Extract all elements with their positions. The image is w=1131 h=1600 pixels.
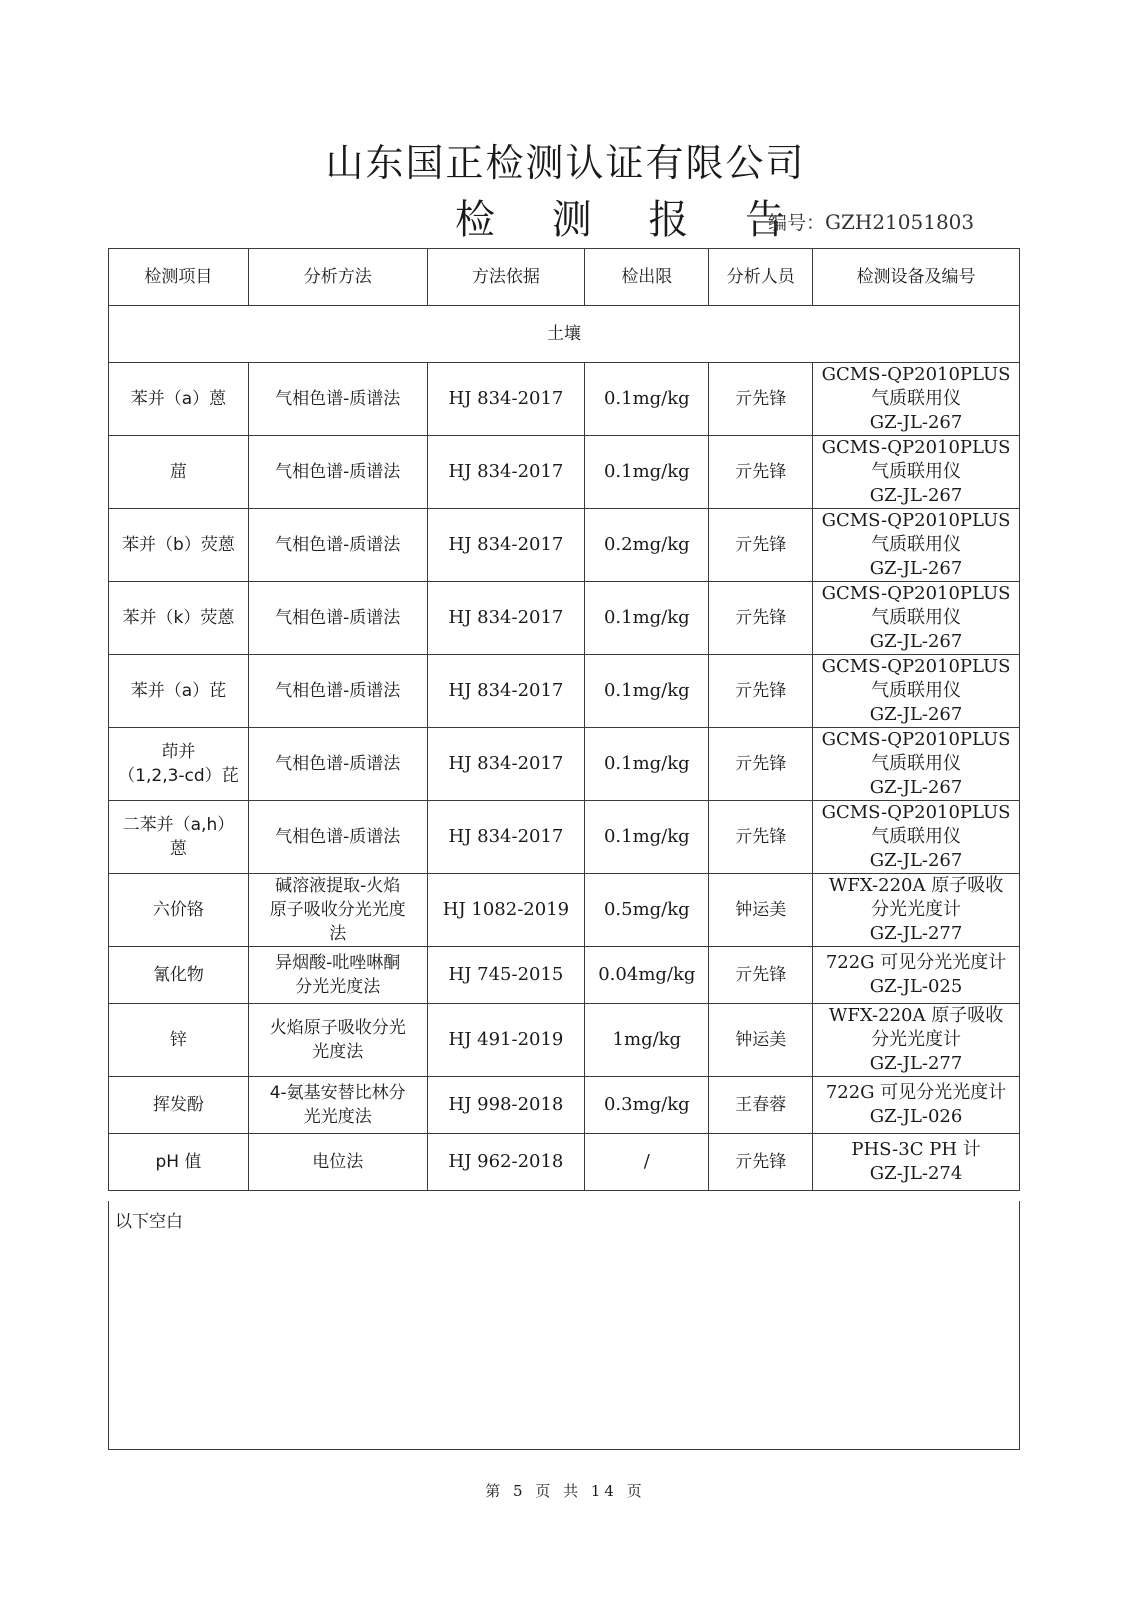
cell-equipment-line: 气质联用仪: [817, 533, 1015, 557]
cell-item: 苯并（a）芘: [109, 655, 249, 728]
cell-limit: 0.1mg/kg: [585, 363, 709, 436]
cell-equipment: GCMS-QP2010PLUS气质联用仪GZ-JL-267: [813, 728, 1020, 801]
cell-equipment: GCMS-QP2010PLUS气质联用仪GZ-JL-267: [813, 509, 1020, 582]
cell-item-line: 二苯并（a,h）: [113, 813, 244, 837]
cell-limit: 0.04mg/kg: [585, 947, 709, 1004]
cell-item: 䓛: [109, 436, 249, 509]
cell-limit: 1mg/kg: [585, 1004, 709, 1077]
section-row: 土壤: [109, 306, 1020, 363]
cell-basis: HJ 834-2017: [427, 728, 585, 801]
cell-method: 4-氨基安替比林分光光度法: [248, 1077, 427, 1134]
cell-equipment-line: GCMS-QP2010PLUS: [817, 728, 1015, 752]
cell-analyst: 钟运美: [709, 874, 813, 947]
cell-limit: /: [585, 1134, 709, 1191]
page-number: 第 5 页 共 14 页: [0, 1480, 1131, 1501]
cell-analyst: 亓先锋: [709, 509, 813, 582]
cell-equipment: WFX-220A 原子吸收分光光度计GZ-JL-277: [813, 1004, 1020, 1077]
cell-method: 电位法: [248, 1134, 427, 1191]
cell-item: 苯并（a）蒽: [109, 363, 249, 436]
cell-equipment: 722G 可见分光光度计GZ-JL-026: [813, 1077, 1020, 1134]
cell-equipment-line: GZ-JL-267: [817, 411, 1015, 435]
cell-basis: HJ 962-2018: [427, 1134, 585, 1191]
cell-method-line: 气相色谱-质谱法: [253, 825, 423, 849]
table-row: 挥发酚4-氨基安替比林分光光度法HJ 998-20180.3mg/kg王春蓉72…: [109, 1077, 1020, 1134]
table-row: pH 值电位法HJ 962-2018/亓先锋PHS-3C PH 计GZ-JL-2…: [109, 1134, 1020, 1191]
cell-equipment-line: GCMS-QP2010PLUS: [817, 582, 1015, 606]
cell-method-line: 气相色谱-质谱法: [253, 679, 423, 703]
cell-method: 气相色谱-质谱法: [248, 436, 427, 509]
cell-equipment-line: GZ-JL-277: [817, 922, 1015, 946]
cell-basis: HJ 998-2018: [427, 1077, 585, 1134]
cell-method-line: 光光度法: [253, 1105, 423, 1129]
cell-item-line: 苯并（a）蒽: [113, 387, 244, 411]
blank-note: 以下空白: [115, 1207, 183, 1232]
table-row: 六价铬碱溶液提取-火焰原子吸收分光光度法HJ 1082-20190.5mg/kg…: [109, 874, 1020, 947]
blank-area: 以下空白: [108, 1201, 1020, 1450]
cell-method-line: 气相色谱-质谱法: [253, 752, 423, 776]
cell-method-line: 光度法: [253, 1040, 423, 1064]
cell-basis: HJ 834-2017: [427, 655, 585, 728]
cell-analyst: 亓先锋: [709, 1134, 813, 1191]
cell-equipment-line: GCMS-QP2010PLUS: [817, 436, 1015, 460]
section-label: 土壤: [109, 306, 1020, 363]
cell-equipment-line: WFX-220A 原子吸收: [817, 874, 1015, 898]
table-row: 䓛气相色谱-质谱法HJ 834-20170.1mg/kg亓先锋GCMS-QP20…: [109, 436, 1020, 509]
cell-method-line: 法: [253, 922, 423, 946]
table-row: 苯并（a）蒽气相色谱-质谱法HJ 834-20170.1mg/kg亓先锋GCMS…: [109, 363, 1020, 436]
table-header-row: 检测项目 分析方法 方法依据 检出限 分析人员 检测设备及编号: [109, 249, 1020, 306]
report-title: 检 测 报 告: [455, 188, 807, 245]
cell-equipment-line: GCMS-QP2010PLUS: [817, 655, 1015, 679]
cell-equipment-line: 722G 可见分光光度计: [817, 1081, 1015, 1105]
cell-analyst: 王春蓉: [709, 1077, 813, 1134]
cell-analyst: 亓先锋: [709, 363, 813, 436]
cell-equipment-line: 气质联用仪: [817, 460, 1015, 484]
cell-equipment: 722G 可见分光光度计GZ-JL-025: [813, 947, 1020, 1004]
cell-method-line: 气相色谱-质谱法: [253, 606, 423, 630]
cell-equipment-line: 气质联用仪: [817, 606, 1015, 630]
cell-basis: HJ 834-2017: [427, 801, 585, 874]
cell-method-line: 火焰原子吸收分光: [253, 1016, 423, 1040]
cell-basis: HJ 834-2017: [427, 363, 585, 436]
cell-limit: 0.2mg/kg: [585, 509, 709, 582]
cell-equipment-line: 气质联用仪: [817, 752, 1015, 776]
report-number-value: GZH21051803: [825, 210, 974, 234]
cell-equipment-line: GZ-JL-267: [817, 630, 1015, 654]
cell-equipment: WFX-220A 原子吸收分光光度计GZ-JL-277: [813, 874, 1020, 947]
cell-analyst: 亓先锋: [709, 582, 813, 655]
cell-equipment-line: GZ-JL-267: [817, 703, 1015, 727]
column-header: 检测项目: [109, 249, 249, 306]
cell-method-line: 气相色谱-质谱法: [253, 460, 423, 484]
cell-item-line: pH 值: [113, 1150, 244, 1174]
cell-item-line: 锌: [113, 1028, 244, 1052]
cell-item: 挥发酚: [109, 1077, 249, 1134]
table-row: 锌火焰原子吸收分光光度法HJ 491-20191mg/kg钟运美WFX-220A…: [109, 1004, 1020, 1077]
cell-limit: 0.3mg/kg: [585, 1077, 709, 1134]
cell-equipment-line: GZ-JL-277: [817, 1052, 1015, 1076]
cell-method: 气相色谱-质谱法: [248, 582, 427, 655]
table-row: 氰化物异烟酸-吡唑啉酮分光光度法HJ 745-20150.04mg/kg亓先锋7…: [109, 947, 1020, 1004]
cell-equipment-line: GZ-JL-267: [817, 484, 1015, 508]
cell-item: 苯并（b）荧蒽: [109, 509, 249, 582]
cell-method: 气相色谱-质谱法: [248, 655, 427, 728]
cell-basis: HJ 745-2015: [427, 947, 585, 1004]
cell-method-line: 气相色谱-质谱法: [253, 533, 423, 557]
column-header: 检出限: [585, 249, 709, 306]
cell-item-line: 苯并（a）芘: [113, 679, 244, 703]
cell-equipment-line: 分光光度计: [817, 1028, 1015, 1052]
cell-method: 气相色谱-质谱法: [248, 363, 427, 436]
cell-method: 气相色谱-质谱法: [248, 801, 427, 874]
cell-equipment: PHS-3C PH 计GZ-JL-274: [813, 1134, 1020, 1191]
cell-equipment-line: GCMS-QP2010PLUS: [817, 801, 1015, 825]
report-number: 编号：GZH21051803: [768, 208, 974, 235]
cell-method: 气相色谱-质谱法: [248, 509, 427, 582]
cell-equipment: GCMS-QP2010PLUS气质联用仪GZ-JL-267: [813, 801, 1020, 874]
cell-equipment-line: 气质联用仪: [817, 679, 1015, 703]
table-row: 二苯并（a,h）蒽气相色谱-质谱法HJ 834-20170.1mg/kg亓先锋G…: [109, 801, 1020, 874]
cell-equipment-line: GCMS-QP2010PLUS: [817, 363, 1015, 387]
report-number-label: 编号：: [768, 212, 825, 234]
cell-equipment-line: 气质联用仪: [817, 825, 1015, 849]
cell-equipment-line: PHS-3C PH 计: [817, 1138, 1015, 1162]
cell-limit: 0.1mg/kg: [585, 655, 709, 728]
cell-limit: 0.1mg/kg: [585, 582, 709, 655]
column-header: 分析方法: [248, 249, 427, 306]
cell-analyst: 钟运美: [709, 1004, 813, 1077]
cell-method: 异烟酸-吡唑啉酮分光光度法: [248, 947, 427, 1004]
cell-method-line: 4-氨基安替比林分: [253, 1081, 423, 1105]
cell-item-line: 苯并（k）荧蒽: [113, 606, 244, 630]
cell-analyst: 亓先锋: [709, 728, 813, 801]
cell-equipment-line: GZ-JL-267: [817, 776, 1015, 800]
cell-item-line: 六价铬: [113, 898, 244, 922]
cell-item: 锌: [109, 1004, 249, 1077]
cell-analyst: 亓先锋: [709, 436, 813, 509]
cell-method-line: 异烟酸-吡唑啉酮: [253, 951, 423, 975]
cell-method: 碱溶液提取-火焰原子吸收分光光度法: [248, 874, 427, 947]
test-method-table: 检测项目 分析方法 方法依据 检出限 分析人员 检测设备及编号 土壤 苯并（a）…: [108, 248, 1020, 1191]
cell-equipment: GCMS-QP2010PLUS气质联用仪GZ-JL-267: [813, 655, 1020, 728]
cell-method-line: 电位法: [253, 1150, 423, 1174]
cell-limit: 0.1mg/kg: [585, 728, 709, 801]
cell-analyst: 亓先锋: [709, 947, 813, 1004]
cell-equipment-line: GCMS-QP2010PLUS: [817, 509, 1015, 533]
cell-equipment: GCMS-QP2010PLUS气质联用仪GZ-JL-267: [813, 436, 1020, 509]
table-row: 苯并（b）荧蒽气相色谱-质谱法HJ 834-20170.2mg/kg亓先锋GCM…: [109, 509, 1020, 582]
cell-method: 气相色谱-质谱法: [248, 728, 427, 801]
cell-item: 二苯并（a,h）蒽: [109, 801, 249, 874]
cell-item: 苯并（k）荧蒽: [109, 582, 249, 655]
cell-limit: 0.1mg/kg: [585, 436, 709, 509]
cell-equipment-line: WFX-220A 原子吸收: [817, 1004, 1015, 1028]
cell-basis: HJ 491-2019: [427, 1004, 585, 1077]
cell-equipment-line: GZ-JL-274: [817, 1162, 1015, 1186]
table-row: 茚并（1,2,3-cd）芘气相色谱-质谱法HJ 834-20170.1mg/kg…: [109, 728, 1020, 801]
cell-method-line: 碱溶液提取-火焰: [253, 874, 423, 898]
cell-item-line: （1,2,3-cd）芘: [113, 764, 244, 788]
cell-item-line: 苯并（b）荧蒽: [113, 533, 244, 557]
column-header: 方法依据: [427, 249, 585, 306]
cell-item-line: 蒽: [113, 837, 244, 861]
cell-method: 火焰原子吸收分光光度法: [248, 1004, 427, 1077]
table-row: 苯并（k）荧蒽气相色谱-质谱法HJ 834-20170.1mg/kg亓先锋GCM…: [109, 582, 1020, 655]
cell-equipment-line: 气质联用仪: [817, 387, 1015, 411]
cell-equipment-line: GZ-JL-025: [817, 975, 1015, 999]
cell-analyst: 亓先锋: [709, 655, 813, 728]
table-row: 苯并（a）芘气相色谱-质谱法HJ 834-20170.1mg/kg亓先锋GCMS…: [109, 655, 1020, 728]
cell-method-line: 分光光度法: [253, 975, 423, 999]
cell-limit: 0.1mg/kg: [585, 801, 709, 874]
column-header: 分析人员: [709, 249, 813, 306]
cell-item: 茚并（1,2,3-cd）芘: [109, 728, 249, 801]
cell-item-line: 䓛: [113, 460, 244, 484]
cell-item-line: 氰化物: [113, 963, 244, 987]
cell-item-line: 挥发酚: [113, 1093, 244, 1117]
cell-equipment-line: GZ-JL-267: [817, 557, 1015, 581]
cell-item-line: 茚并: [113, 740, 244, 764]
cell-method-line: 原子吸收分光光度: [253, 898, 423, 922]
cell-equipment-line: 722G 可见分光光度计: [817, 951, 1015, 975]
cell-equipment: GCMS-QP2010PLUS气质联用仪GZ-JL-267: [813, 363, 1020, 436]
cell-basis: HJ 834-2017: [427, 509, 585, 582]
cell-limit: 0.5mg/kg: [585, 874, 709, 947]
cell-item: 氰化物: [109, 947, 249, 1004]
cell-equipment-line: 分光光度计: [817, 898, 1015, 922]
cell-analyst: 亓先锋: [709, 801, 813, 874]
cell-equipment-line: GZ-JL-267: [817, 849, 1015, 873]
company-name: 山东国正检测认证有限公司: [0, 132, 1131, 187]
cell-equipment: GCMS-QP2010PLUS气质联用仪GZ-JL-267: [813, 582, 1020, 655]
cell-equipment-line: GZ-JL-026: [817, 1105, 1015, 1129]
cell-item: pH 值: [109, 1134, 249, 1191]
cell-basis: HJ 834-2017: [427, 436, 585, 509]
cell-basis: HJ 834-2017: [427, 582, 585, 655]
cell-method-line: 气相色谱-质谱法: [253, 387, 423, 411]
cell-item: 六价铬: [109, 874, 249, 947]
cell-basis: HJ 1082-2019: [427, 874, 585, 947]
column-header: 检测设备及编号: [813, 249, 1020, 306]
